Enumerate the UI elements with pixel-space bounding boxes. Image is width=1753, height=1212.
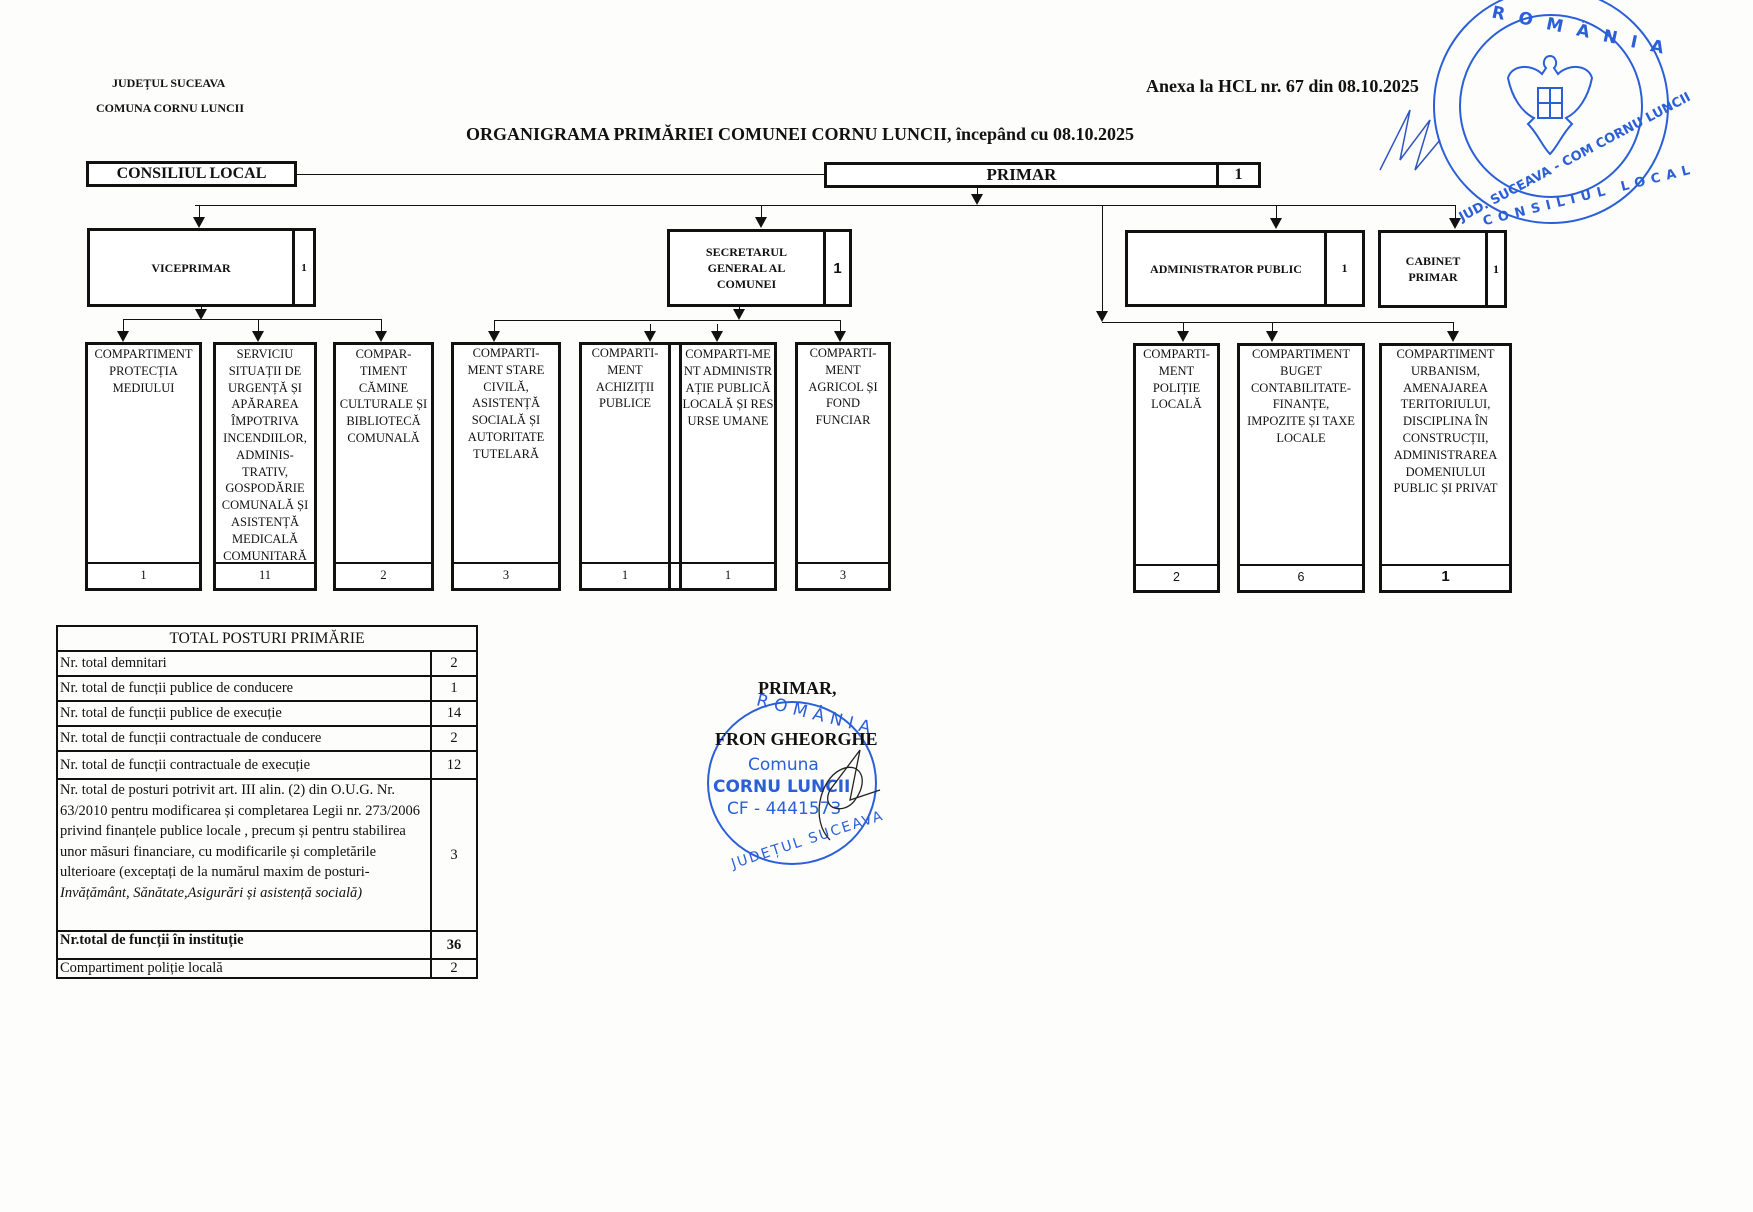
commune-header: COMUNA CORNU LUNCII: [96, 101, 244, 116]
totals-row-label: Nr. total demnitari: [57, 651, 431, 676]
dept-count: 1: [682, 562, 774, 588]
dept-count: 1: [1382, 564, 1509, 590]
totals-row-value: 1: [431, 676, 477, 701]
dept-label: COMPARTI-MENT ACHIZIȚII PUBLICE: [582, 345, 668, 562]
totals-row-value: 2: [431, 726, 477, 751]
signature-mark-icon: [1370, 100, 1450, 180]
dept-count: 3: [454, 562, 558, 588]
council-mayor-connector: [297, 174, 824, 175]
dept-label: COMPARTI-MENT ADMINISTRAȚIE PUBLICĂ LOCA…: [682, 345, 774, 562]
totals-row-label: Nr. total de funcții contractuale de con…: [57, 726, 431, 751]
dept-label: COMPARTI-MENT AGRICOL ȘI FOND FUNCIAR: [798, 345, 888, 562]
secretary-label: SECRETARUL GENERAL AL COMUNEI: [670, 232, 823, 304]
connector: [1102, 205, 1103, 311]
totals-table: TOTAL POSTURI PRIMĂRIE Nr. total demnita…: [56, 625, 478, 979]
arrow-down-icon: [755, 217, 767, 228]
dept-label: COMPARTI-MENT STARE CIVILĂ, ASISTENȚĂ SO…: [454, 345, 558, 562]
council-label: CONSILIUL LOCAL: [89, 164, 294, 184]
dept-label: COMPARTIMENT PROTECȚIA MEDIULUI: [88, 345, 199, 562]
dept-count: 11: [216, 562, 314, 588]
connector: [199, 205, 200, 217]
secretary-count: 1: [823, 232, 849, 304]
totals-row-value: 2: [431, 959, 477, 978]
arrow-down-icon: [1270, 218, 1282, 229]
legal-basis-exceptions: Invățământ, Sănătate,Asigurări și asiste…: [60, 885, 362, 901]
totals-row-value: 2: [431, 651, 477, 676]
annex-reference: Anexa la HCL nr. 67 din 08.10.2025: [1146, 76, 1419, 97]
mayor-branch-line: [195, 205, 1455, 206]
totals-row-label: Nr. total de posturi potrivit art. III a…: [57, 779, 431, 931]
arrow-down-icon: [711, 331, 723, 342]
arrow-down-icon: [193, 217, 205, 228]
mayor-label: PRIMAR: [827, 165, 1216, 185]
cabinet-count: 1: [1485, 233, 1504, 305]
arrow-down-icon: [733, 309, 745, 320]
cabinet-label: CABINET PRIMAR: [1381, 233, 1485, 305]
dept-situatii-urgenta: SERVICIU SITUAȚII DE URGENȚĂ ȘI APĂRAREA…: [213, 342, 317, 591]
signature-mark-icon: [800, 740, 890, 850]
dept-label: COMPAR-TIMENT CĂMINE CULTURALE ȘI BIBLIO…: [336, 345, 431, 562]
dept-label: COMPARTIMENT BUGET CONTABILITATE-FINANȚE…: [1240, 346, 1362, 564]
viceprimar-box: VICEPRIMAR 1: [87, 228, 316, 307]
secretary-branch-line: [494, 320, 840, 321]
mayor-count: 1: [1216, 165, 1258, 185]
totals-row-label: Nr. total de funcții contractuale de exe…: [57, 751, 431, 779]
mayor-direct-branch-line: [1102, 322, 1454, 323]
dept-count: 1: [88, 562, 199, 588]
arrow-down-icon: [488, 331, 500, 342]
totals-row-label: Compartiment poliție locală: [57, 959, 431, 978]
arrow-down-icon: [834, 331, 846, 342]
dept-achizitii-publice: COMPARTI-MENT ACHIZIȚII PUBLICE 1: [579, 342, 671, 591]
mayor-box: PRIMAR 1: [824, 162, 1261, 188]
cabinet-box: CABINET PRIMAR 1: [1378, 230, 1507, 308]
dept-administratie-publica: COMPARTI-MENT ADMINISTRAȚIE PUBLICĂ LOCA…: [679, 342, 777, 591]
administrator-label: ADMINISTRATOR PUBLIC: [1128, 233, 1324, 304]
arrow-down-icon: [644, 331, 656, 342]
totals-row-label: Nr. total de funcții publice de conducer…: [57, 676, 431, 701]
totals-title: TOTAL POSTURI PRIMĂRIE: [57, 626, 477, 651]
dept-agricol: COMPARTI-MENT AGRICOL ȘI FOND FUNCIAR 3: [795, 342, 891, 591]
totals-row-label: Nr.total de funcții în instituție: [57, 931, 431, 959]
administrator-box: ADMINISTRATOR PUBLIC 1: [1125, 230, 1365, 307]
dept-label: SERVICIU SITUAȚII DE URGENȚĂ ȘI APĂRAREA…: [216, 345, 314, 562]
dept-politie-locala: COMPARTI-MENT POLIȚIE LOCALĂ 2: [1133, 343, 1220, 593]
totals-row-value: 36: [431, 931, 477, 959]
county-header: JUDEȚUL SUCEAVA: [112, 76, 225, 91]
dept-count: 6: [1240, 564, 1362, 590]
arrow-down-icon: [971, 194, 983, 205]
totals-row-value: 3: [431, 779, 477, 931]
dept-count: 2: [336, 562, 431, 588]
connector: [1276, 205, 1277, 218]
dept-count: 3: [798, 562, 888, 588]
totals-row-label: Nr. total de funcții publice de execuție: [57, 701, 431, 726]
dept-protectia-mediului: COMPARTIMENT PROTECȚIA MEDIULUI 1: [85, 342, 202, 591]
dept-camine-culturale: COMPAR-TIMENT CĂMINE CULTURALE ȘI BIBLIO…: [333, 342, 434, 591]
dept-stare-civila: COMPARTI-MENT STARE CIVILĂ, ASISTENȚĂ SO…: [451, 342, 561, 591]
arrow-down-icon: [117, 331, 129, 342]
secretary-box: SECRETARUL GENERAL AL COMUNEI 1: [667, 229, 852, 307]
council-box: CONSILIUL LOCAL: [86, 161, 297, 187]
viceprimar-branch-line: [123, 319, 382, 320]
arrow-down-icon: [252, 331, 264, 342]
dept-count: 1: [582, 562, 668, 588]
legal-basis-text: Nr. total de posturi potrivit art. III a…: [60, 782, 420, 880]
coat-of-arms-icon: [1500, 48, 1600, 158]
arrow-down-icon: [1096, 311, 1108, 322]
arrow-down-icon: [1449, 218, 1461, 229]
page-title: ORGANIGRAMA PRIMĂRIEI COMUNEI CORNU LUNC…: [466, 124, 1134, 145]
dept-label: COMPARTIMENT URBANISM, AMENAJAREA TERITO…: [1382, 346, 1509, 564]
totals-row-value: 14: [431, 701, 477, 726]
administrator-count: 1: [1324, 233, 1362, 304]
viceprimar-count: 1: [292, 231, 313, 304]
arrow-down-icon: [375, 331, 387, 342]
arrow-down-icon: [1177, 331, 1189, 342]
signature-name: FRON GHEORGHE: [715, 729, 878, 750]
dept-urbanism: COMPARTIMENT URBANISM, AMENAJAREA TERITO…: [1379, 343, 1512, 593]
arrow-down-icon: [1447, 331, 1459, 342]
totals-row-value: 12: [431, 751, 477, 779]
viceprimar-label: VICEPRIMAR: [90, 231, 292, 304]
dept-label: COMPARTI-MENT POLIȚIE LOCALĂ: [1136, 346, 1217, 564]
connector: [761, 205, 762, 217]
dept-buget-contabilitate: COMPARTIMENT BUGET CONTABILITATE-FINANȚE…: [1237, 343, 1365, 593]
arrow-down-icon: [1266, 331, 1278, 342]
dept-count: 2: [1136, 564, 1217, 590]
